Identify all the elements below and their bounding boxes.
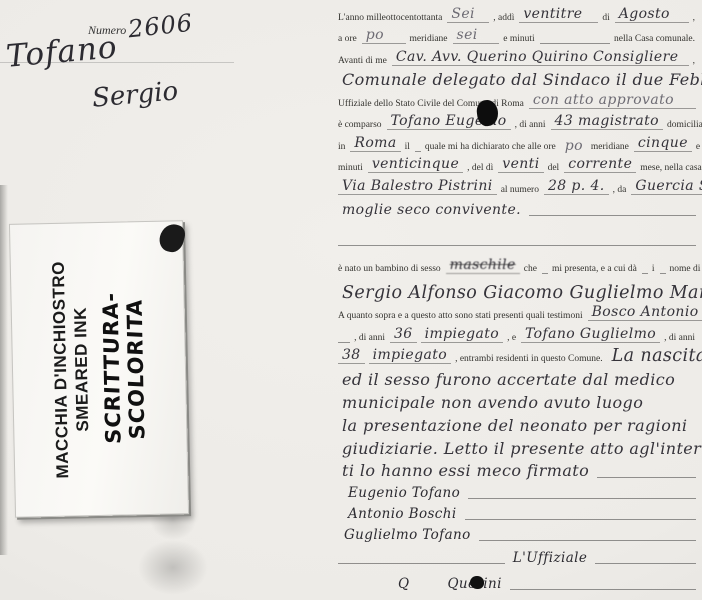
sticker-rotated-text: MACCHIA D'INCHIOSTRO SMEARED INK SCRITTU… — [14, 225, 184, 512]
form-line: è comparsoTofano Eugenio, di anni43 magi… — [336, 114, 698, 136]
handwritten-entry: Sei — [447, 6, 489, 23]
printed-form-text: in — [338, 142, 345, 152]
handwritten-entry: Antonio Boschi — [344, 506, 461, 522]
handwritten-entry: Comunale delegato dal Sindaco il due Feb… — [338, 70, 702, 89]
printed-form-text: Avanti di me — [338, 56, 387, 66]
handwritten-entry: municipale non avendo avuto luogo — [338, 393, 696, 412]
printed-form-text: quale mi ha dichiarato che alle ore — [425, 142, 556, 152]
printed-form-text: L'anno milleottocentottanta — [338, 13, 442, 23]
printed-form-text: del — [548, 163, 560, 173]
handwritten-entry: giudiziarie. Letto il presente atto agl'… — [338, 439, 702, 458]
form-line: ed il sesso furono accertate dal medico — [336, 369, 698, 392]
printed-form-text: , e — [507, 333, 516, 343]
handwritten-entry: 38 — [338, 347, 365, 364]
form-line: Comunale delegato dal Sindaco il due Feb… — [336, 71, 698, 93]
rule-line — [542, 273, 548, 274]
handwritten-entry: 43 magistrato — [551, 113, 663, 130]
handwritten-entry: ti lo hanno essi meco firmato — [338, 461, 593, 480]
handwritten-entry: Guercia Sterrà sua — [631, 178, 702, 195]
rule-line — [529, 215, 696, 216]
form-line: a orepomeridianeseie minutinella Casa co… — [336, 28, 698, 50]
printed-form-text: meridiane — [591, 142, 629, 152]
form-line: QQuerini — [336, 569, 698, 595]
birth-record-scan: Numero2606 Tofano Sergio MACCHIA D'INCHI… — [0, 0, 702, 600]
printed-form-text: nome di — [670, 264, 701, 274]
handwritten-entry: po — [362, 27, 406, 44]
handwritten-entry: Guglielmo Tofano — [340, 527, 475, 543]
form-line: municipale non avendo avuto luogo — [336, 392, 698, 415]
form-line: , di anni36impiegato, eTofano Guglielmo,… — [336, 326, 698, 348]
handwritten-entry: Sergio Alfonso Giacomo Guglielmo Maria — [338, 283, 702, 303]
paper-edge-shadow — [0, 185, 8, 555]
handwritten-entry: cinque — [634, 135, 692, 152]
rule-line — [540, 43, 610, 44]
form-line — [336, 221, 698, 251]
form-line: Sergio Alfonso Giacomo Guglielmo Maria — [336, 279, 698, 306]
form-line: Via Balestro Pistrinial numero28 p. 4., … — [336, 178, 698, 200]
numero-value: 2606 — [127, 9, 195, 44]
rule-line — [510, 589, 696, 590]
sticker-line-handwritten-note: SCRITTURA-SCOLORITA — [97, 225, 151, 511]
handwritten-entry: Bosco Antonio — [588, 304, 702, 321]
handwritten-entry: impiegato — [421, 326, 503, 343]
printed-form-text: , di anni — [664, 333, 695, 343]
ink-blot-small — [470, 576, 484, 589]
printed-form-text: , — [693, 13, 695, 23]
form-line: A quanto sopra e a questo atto sono stat… — [336, 306, 698, 326]
paper-smudge — [138, 540, 208, 595]
rule-line — [595, 563, 696, 564]
handwritten-entry: venti — [498, 156, 543, 173]
form-line: L'anno milleottocentottantaSei, addìvent… — [336, 6, 698, 28]
printed-form-text: e — [696, 142, 700, 152]
rule-line — [597, 477, 696, 478]
printed-form-text: , addì — [493, 13, 514, 23]
handwritten-entry: impiegato — [369, 347, 451, 364]
handwritten-entry: 28 p. 4. — [544, 178, 609, 195]
handwritten-entry: ed il sesso furono accertate dal medico — [338, 370, 696, 389]
printed-form-text: minuti — [338, 163, 363, 173]
printed-form-text: il — [405, 142, 410, 152]
printed-form-text: nella Casa comunale. — [614, 34, 695, 44]
handwritten-entry: ventitre — [519, 6, 598, 23]
printed-form-text: che — [524, 264, 537, 274]
handwritten-entry: maschile — [446, 257, 520, 274]
handwritten-entry: con atto approvato — [529, 92, 696, 109]
sticker-line-english: SMEARED INK — [68, 227, 95, 511]
form-line: Guglielmo Tofano — [336, 525, 698, 546]
rule-line — [642, 273, 648, 274]
rule-line — [660, 273, 666, 274]
printed-form-text: A quanto sopra e a questo atto sono stat… — [338, 311, 583, 321]
handwritten-entry: Agosto — [615, 6, 689, 23]
printed-form-text: e minuti — [503, 34, 534, 44]
form-line: moglie seco convivente. — [336, 200, 698, 222]
archivist-sticker: MACCHIA D'INCHIOSTRO SMEARED INK SCRITTU… — [9, 220, 189, 518]
handwritten-entry: corrente — [564, 156, 636, 173]
margin-given-name: Sergio — [91, 76, 180, 113]
form-column: L'anno milleottocentottantaSei, addìvent… — [336, 0, 698, 600]
handwritten-entry: La nascita — [608, 346, 702, 366]
printed-form-text: , del dì — [467, 163, 493, 173]
handwritten-entry: moglie seco convivente. — [338, 202, 525, 218]
printed-form-text: al numero — [501, 185, 539, 195]
form-line: la presentazione del neonato per ragioni — [336, 415, 698, 438]
handwritten-entry: Via Balestro Pistrini — [338, 178, 497, 195]
printed-form-text: domiciliat- — [667, 120, 702, 130]
handwritten-entry: venticinque — [368, 156, 463, 173]
printed-form-text: , — [693, 56, 695, 66]
printed-form-text: mese, nella casa posta in — [640, 163, 702, 173]
form-line: Avanti di meCav. Avv. Querino Quirino Co… — [336, 49, 698, 71]
rule-line — [479, 540, 696, 541]
printed-form-text: è nato un bambino di sesso — [338, 264, 441, 274]
printed-form-text: , di anni — [354, 333, 385, 343]
handwritten-entry: sei — [453, 27, 500, 44]
form-line: ti lo hanno essi meco firmato — [336, 461, 698, 483]
form-line: giudiziarie. Letto il presente atto agl'… — [336, 438, 698, 461]
handwritten-entry: po — [561, 138, 587, 154]
margin-column: Numero2606 Tofano Sergio MACCHIA D'INCHI… — [0, 0, 334, 600]
form-line: Eugenio Tofano — [336, 483, 698, 504]
handwritten-entry: L'Uffiziale — [509, 550, 592, 566]
printed-form-text: , da — [613, 185, 627, 195]
rule-line — [338, 563, 505, 564]
printed-form-text: , di anni — [515, 120, 546, 130]
handwritten-entry: Eugenio Tofano — [344, 485, 464, 501]
form-line: inRomailquale mi ha dichiarato che alle … — [336, 135, 698, 157]
printed-form-text: di — [602, 13, 609, 23]
form-line: Antonio Boschi — [336, 504, 698, 525]
form-line: minutiventicinque, del dìventidelcorrent… — [336, 157, 698, 179]
handwritten-entry: 36 — [390, 326, 417, 343]
printed-form-text: , entrambi residenti in questo Comune. — [455, 354, 603, 364]
form-line: è nato un bambino di sessomaschilechemi … — [336, 251, 698, 279]
handwritten-entry: Cav. Avv. Querino Quirino Consigliere — [392, 49, 689, 66]
margin-surname: Tofano — [5, 29, 119, 75]
form-line: 38impiegato, entrambi residenti in quest… — [336, 348, 698, 370]
printed-form-text: è comparso — [338, 120, 382, 130]
rule-line — [415, 151, 421, 152]
printed-form-text: meridiane — [410, 34, 448, 44]
form-line: L'Uffiziale — [336, 546, 698, 569]
handwritten-entry: la presentazione del neonato per ragioni — [338, 416, 696, 435]
handwritten-entry: Roma — [350, 135, 400, 152]
printed-form-text: a ore — [338, 34, 357, 44]
rule-line — [468, 498, 696, 499]
rule-line — [338, 342, 350, 343]
form-line: Uffiziale dello Stato Civile del Comune … — [336, 92, 698, 114]
rule-line — [465, 519, 696, 520]
printed-form-text: i — [652, 264, 655, 274]
handwritten-entry: Tofano Guglielmo — [521, 326, 660, 343]
printed-form-text: mi presenta, e a cui dà — [552, 264, 637, 274]
rule-line — [338, 245, 696, 246]
handwritten-entry: Q — [394, 576, 413, 592]
margin-rule-line — [0, 62, 234, 63]
